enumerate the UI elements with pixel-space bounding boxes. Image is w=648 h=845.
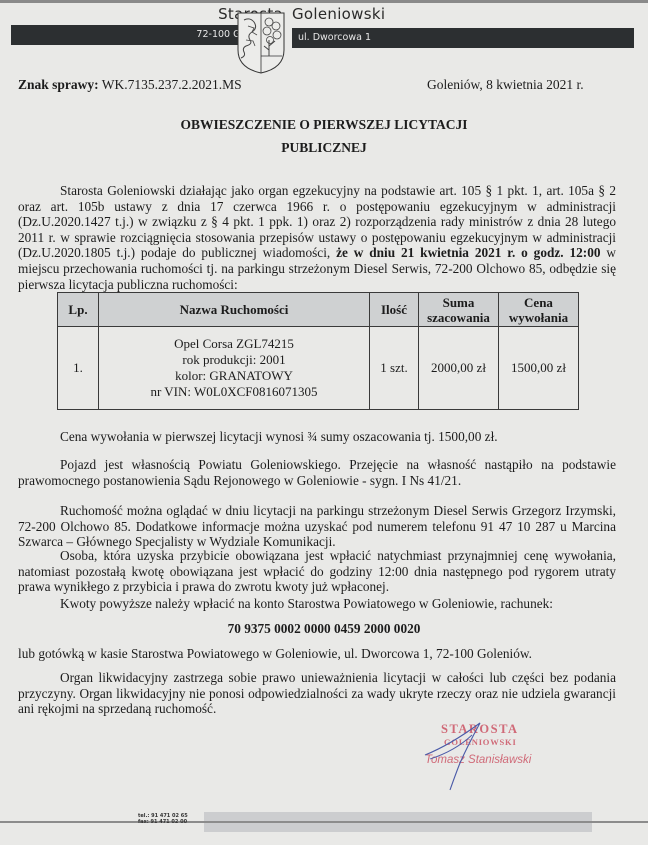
payment-terms-text: Osoba, która uzyska przybicie obowiązana… (18, 548, 616, 594)
coat-of-arms-icon (236, 12, 286, 74)
footer-fax: fax: 91 471 02 00 (138, 819, 188, 825)
header-estimate: Suma szacowania (419, 293, 499, 327)
starting-price-text: Cena wywołania w pierwszej licytacji wyn… (60, 429, 498, 444)
cell-quantity: 1 szt. (370, 327, 419, 410)
header-item-name: Nazwa Ruchomości (99, 293, 370, 327)
case-label: Znak sprawy: (18, 77, 99, 92)
vehicle-year: rok produkcji: 2001 (99, 352, 369, 368)
bank-account-number: 70 9375 0002 0000 0459 2000 0020 (0, 621, 648, 637)
place-and-date: Goleniów, 8 kwietnia 2021 r. (427, 77, 584, 93)
header-quantity: Ilość (370, 293, 419, 327)
account-intro-text: Kwoty powyższe należy wpłacić na konto S… (60, 596, 553, 611)
cell-estimate: 2000,00 zł (419, 327, 499, 410)
handwritten-signature-icon (410, 715, 520, 795)
cell-starting-price: 1500,00 zł (499, 327, 579, 410)
vehicle-model: Opel Corsa ZGL74215 (99, 336, 369, 352)
header-lp: Lp. (58, 293, 99, 327)
case-reference: Znak sprawy: WK.7135.237.2.2021.MS (18, 77, 242, 93)
auction-items-table: Lp. Nazwa Ruchomości Ilość Suma szacowan… (57, 292, 579, 410)
letterhead-right-band: ul. Dworcowa 1 (292, 28, 634, 48)
cash-option-paragraph: lub gotówką w kasie Starostwa Powiatoweg… (18, 646, 616, 662)
viewing-paragraph: Ruchomość można oglądać w dniu licytacji… (18, 503, 616, 550)
cell-item-name: Opel Corsa ZGL74215 rok produkcji: 2001 … (99, 327, 370, 410)
cell-lp: 1. (58, 327, 99, 410)
disclaimer-paragraph: Organ likwidacyjny zastrzega sobie prawo… (18, 670, 616, 717)
table-header-row: Lp. Nazwa Ruchomości Ilość Suma szacowan… (58, 293, 579, 327)
case-number: WK.7135.237.2.2021.MS (102, 77, 242, 92)
table-row: 1. Opel Corsa ZGL74215 rok produkcji: 20… (58, 327, 579, 410)
header-starting-price: Cena wywołania (499, 293, 579, 327)
account-intro-paragraph: Kwoty powyższe należy wpłacić na konto S… (18, 596, 616, 612)
intro-paragraph: Starosta Goleniowski działając jako orga… (18, 183, 616, 292)
letterhead-street: ul. Dworcowa 1 (292, 28, 371, 48)
vehicle-color: kolor: GRANATOWY (99, 368, 369, 384)
vehicle-vin: nr VIN: W0L0XCF0816071305 (99, 384, 369, 400)
footer-contacts: tel.: 91 471 02 65 fax: 91 471 02 00 (138, 813, 188, 825)
starting-price-paragraph: Cena wywołania w pierwszej licytacji wyn… (18, 429, 616, 445)
disclaimer-text: Organ likwidacyjny zastrzega sobie prawo… (18, 670, 616, 716)
ownership-paragraph: Pojazd jest własnością Powiatu Goleniows… (18, 457, 616, 488)
payment-terms-paragraph: Osoba, która uzyska przybicie obowiązana… (18, 548, 616, 595)
document-title-line2: PUBLICZNEJ (0, 140, 648, 156)
viewing-text: Ruchomość można oglądać w dniu licytacji… (18, 503, 616, 549)
footer-scan-line (0, 821, 648, 823)
letterhead-goleniowski: Goleniowski (292, 5, 385, 23)
document-title-line1: OBWIESZCZENIE O PIERWSZEJ LICYTACJI (0, 117, 648, 133)
auction-date-time: że w dniu 21 kwietnia 2021 r. o godz. 12… (336, 245, 600, 260)
top-edge-line (0, 0, 648, 3)
ownership-text: Pojazd jest własnością Powiatu Goleniows… (18, 457, 616, 488)
